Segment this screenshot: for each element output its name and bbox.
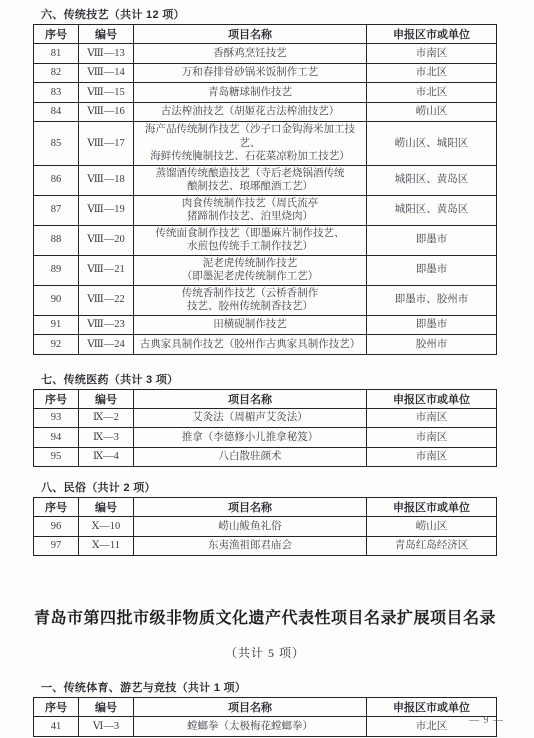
- project-name-cell: 八白散驻颜术: [134, 447, 367, 467]
- code-cell: Ⅷ—24: [79, 335, 134, 355]
- section-heading-medicine: 七、传统医药（共计 3 项）: [33, 374, 497, 386]
- section-traditional-crafts: 六、传统技艺（共计 12 项） 序号编号项目名称申报区市或单位81Ⅷ—13香酥鸡…: [33, 9, 497, 355]
- project-name-cell: 艾灸法（周楣声艾灸法）: [134, 408, 367, 428]
- expansion-list-title: 青岛市第四批市级非物质文化遗产代表性项目名录扩展项目名录: [33, 608, 497, 629]
- serial-cell: 95: [34, 447, 79, 467]
- section-sports-games: 一、传统体育、游艺与竞技（共计 1 项） 序号编号项目名称申报区市或单位41Ⅵ—…: [33, 682, 497, 737]
- serial-cell: 88: [34, 225, 79, 255]
- district-cell: 即墨市: [367, 315, 497, 335]
- serial-cell: 83: [34, 83, 79, 103]
- code-cell: Ⅷ—18: [79, 165, 134, 195]
- serial-cell: 96: [34, 517, 79, 537]
- table-header-row: 序号编号项目名称申报区市或单位: [34, 25, 497, 44]
- code-cell: Ⅷ—23: [79, 315, 134, 335]
- table-row: 95Ⅸ—4八白散驻颜术市南区: [34, 447, 497, 467]
- serial-cell: 92: [34, 335, 79, 355]
- heritage-table-folk: 序号编号项目名称申报区市或单位96Ⅹ—10崂山鲅鱼礼俗崂山区97Ⅹ—11东夷渔祖…: [33, 497, 497, 556]
- project-name-cell: 推拿（李德修小儿推拿秘笈）: [134, 428, 367, 448]
- table-row: 41Ⅵ—3螳螂拳（太极梅花螳螂拳）市北区: [34, 717, 497, 737]
- table-row: 90Ⅷ—22传统香制作技艺（云桥香制作 技艺、胶州传统制香技艺）即墨市、胶州市: [34, 285, 497, 315]
- project-name-cell: 传统香制作技艺（云桥香制作 技艺、胶州传统制香技艺）: [134, 285, 367, 315]
- table-row: 97Ⅹ—11东夷渔祖郎君庙会青岛红岛经济区: [34, 536, 497, 556]
- column-header: 编号: [79, 389, 134, 408]
- table-row: 96Ⅹ—10崂山鲅鱼礼俗崂山区: [34, 517, 497, 537]
- code-cell: Ⅷ—17: [79, 122, 134, 166]
- district-cell: 市南区: [367, 428, 497, 448]
- section-traditional-medicine: 七、传统医药（共计 3 项） 序号编号项目名称申报区市或单位93Ⅸ—2艾灸法（周…: [33, 374, 497, 468]
- serial-cell: 97: [34, 536, 79, 556]
- table-row: 89Ⅷ—21泥老虎传统制作技艺 （即墨泥老虎传统制作工艺）即墨市: [34, 255, 497, 285]
- district-cell: 即墨市、胶州市: [367, 285, 497, 315]
- serial-cell: 94: [34, 428, 79, 448]
- expansion-list-count: （共计 5 项）: [33, 646, 497, 661]
- table-row: 94Ⅸ—3推拿（李德修小儿推拿秘笈）市南区: [34, 428, 497, 448]
- district-cell: 崂山区: [367, 517, 497, 537]
- heritage-table-crafts: 序号编号项目名称申报区市或单位81Ⅷ—13香酥鸡烹饪技艺市南区82Ⅷ—14万和春…: [33, 24, 497, 355]
- serial-cell: 93: [34, 408, 79, 428]
- column-header: 项目名称: [134, 389, 367, 408]
- column-header: 序号: [34, 25, 79, 44]
- code-cell: Ⅷ—14: [79, 63, 134, 83]
- project-name-cell: 传统面食制作技艺（即墨麻片制作技艺、 水煎包传统手工制作技艺）: [134, 225, 367, 255]
- column-header: 申报区市或单位: [367, 389, 497, 408]
- heritage-table-sports: 序号编号项目名称申报区市或单位41Ⅵ—3螳螂拳（太极梅花螳螂拳）市北区: [33, 697, 497, 737]
- district-cell: 市南区: [367, 447, 497, 467]
- table-row: 93Ⅸ—2艾灸法（周楣声艾灸法）市南区: [34, 408, 497, 428]
- project-name-cell: 螳螂拳（太极梅花螳螂拳）: [134, 717, 367, 737]
- table-row: 83Ⅷ—15青岛糖球制作技艺市北区: [34, 83, 497, 103]
- code-cell: Ⅸ—4: [79, 447, 134, 467]
- code-cell: Ⅹ—10: [79, 517, 134, 537]
- serial-cell: 81: [34, 44, 79, 64]
- code-cell: Ⅹ—11: [79, 536, 134, 556]
- document-page: 六、传统技艺（共计 12 项） 序号编号项目名称申报区市或单位81Ⅷ—13香酥鸡…: [0, 0, 534, 738]
- district-cell: 市北区: [367, 83, 497, 103]
- table-row: 91Ⅷ—23田横砚制作技艺即墨市: [34, 315, 497, 335]
- serial-cell: 87: [34, 195, 79, 225]
- serial-cell: 86: [34, 165, 79, 195]
- code-cell: Ⅷ—13: [79, 44, 134, 64]
- column-header: 申报区市或单位: [367, 498, 497, 517]
- code-cell: Ⅷ—20: [79, 225, 134, 255]
- page-number: — 9 —: [469, 715, 504, 726]
- table-row: 85Ⅷ—17海产品传统制作技艺（沙子口金钩海米加工技艺、 海鲜传统腌制技艺、石花…: [34, 122, 497, 166]
- district-cell: 城阳区、黄岛区: [367, 195, 497, 225]
- column-header: 序号: [34, 498, 79, 517]
- heritage-table-medicine: 序号编号项目名称申报区市或单位93Ⅸ—2艾灸法（周楣声艾灸法）市南区94Ⅸ—3推…: [33, 389, 497, 468]
- table-header-row: 序号编号项目名称申报区市或单位: [34, 698, 497, 717]
- section-heading-folk: 八、民俗（共计 2 项）: [33, 482, 497, 494]
- column-header: 编号: [79, 25, 134, 44]
- code-cell: Ⅸ—2: [79, 408, 134, 428]
- column-header: 申报区市或单位: [367, 698, 497, 717]
- district-cell: 胶州市: [367, 335, 497, 355]
- code-cell: Ⅷ—22: [79, 285, 134, 315]
- project-name-cell: 香酥鸡烹饪技艺: [134, 44, 367, 64]
- column-header: 序号: [34, 389, 79, 408]
- table-row: 92Ⅷ—24古典家具制作技艺（胶州作古典家具制作技艺）胶州市: [34, 335, 497, 355]
- code-cell: Ⅷ—16: [79, 102, 134, 122]
- code-cell: Ⅵ—3: [79, 717, 134, 737]
- table-header-row: 序号编号项目名称申报区市或单位: [34, 498, 497, 517]
- serial-cell: 82: [34, 63, 79, 83]
- table-row: 88Ⅷ—20传统面食制作技艺（即墨麻片制作技艺、 水煎包传统手工制作技艺）即墨市: [34, 225, 497, 255]
- project-name-cell: 泥老虎传统制作技艺 （即墨泥老虎传统制作工艺）: [134, 255, 367, 285]
- column-header: 项目名称: [134, 498, 367, 517]
- section-heading-crafts: 六、传统技艺（共计 12 项）: [33, 9, 497, 21]
- district-cell: 青岛红岛经济区: [367, 536, 497, 556]
- serial-cell: 41: [34, 717, 79, 737]
- district-cell: 城阳区、黄岛区: [367, 165, 497, 195]
- project-name-cell: 崂山鲅鱼礼俗: [134, 517, 367, 537]
- project-name-cell: 海产品传统制作技艺（沙子口金钩海米加工技艺、 海鲜传统腌制技艺、石花菜凉粉加工技…: [134, 122, 367, 166]
- project-name-cell: 田横砚制作技艺: [134, 315, 367, 335]
- code-cell: Ⅷ—21: [79, 255, 134, 285]
- district-cell: 崂山区、城阳区: [367, 122, 497, 166]
- table-row: 81Ⅷ—13香酥鸡烹饪技艺市南区: [34, 44, 497, 64]
- project-name-cell: 肉食传统制作技艺（周氏流亭 猪蹄制作技艺、泊里烧肉）: [134, 195, 367, 225]
- district-cell: 市南区: [367, 44, 497, 64]
- serial-cell: 85: [34, 122, 79, 166]
- code-cell: Ⅸ—3: [79, 428, 134, 448]
- district-cell: 市南区: [367, 408, 497, 428]
- serial-cell: 91: [34, 315, 79, 335]
- project-name-cell: 古典家具制作技艺（胶州作古典家具制作技艺）: [134, 335, 367, 355]
- column-header: 序号: [34, 698, 79, 717]
- column-header: 编号: [79, 698, 134, 717]
- project-name-cell: 东夷渔祖郎君庙会: [134, 536, 367, 556]
- section-folk-customs: 八、民俗（共计 2 项） 序号编号项目名称申报区市或单位96Ⅹ—10崂山鲅鱼礼俗…: [33, 482, 497, 556]
- column-header: 项目名称: [134, 698, 367, 717]
- district-cell: 市北区: [367, 63, 497, 83]
- project-name-cell: 青岛糖球制作技艺: [134, 83, 367, 103]
- section-heading-sports: 一、传统体育、游艺与竞技（共计 1 项）: [33, 682, 497, 694]
- code-cell: Ⅷ—19: [79, 195, 134, 225]
- serial-cell: 84: [34, 102, 79, 122]
- project-name-cell: 万和春排骨砂锅米饭制作工艺: [134, 63, 367, 83]
- serial-cell: 90: [34, 285, 79, 315]
- table-row: 86Ⅷ—18蒸馏酒传统酿造技艺（寺后老烧锅酒传统 酿制技艺、琅琊酿酒工艺）城阳区…: [34, 165, 497, 195]
- table-row: 84Ⅷ—16古法榨油技艺（胡姬花古法榨油技艺）崂山区: [34, 102, 497, 122]
- table-header-row: 序号编号项目名称申报区市或单位: [34, 389, 497, 408]
- project-name-cell: 古法榨油技艺（胡姬花古法榨油技艺）: [134, 102, 367, 122]
- district-cell: 即墨市: [367, 255, 497, 285]
- district-cell: 崂山区: [367, 102, 497, 122]
- project-name-cell: 蒸馏酒传统酿造技艺（寺后老烧锅酒传统 酿制技艺、琅琊酿酒工艺）: [134, 165, 367, 195]
- table-row: 82Ⅷ—14万和春排骨砂锅米饭制作工艺市北区: [34, 63, 497, 83]
- column-header: 申报区市或单位: [367, 25, 497, 44]
- district-cell: 即墨市: [367, 225, 497, 255]
- serial-cell: 89: [34, 255, 79, 285]
- column-header: 项目名称: [134, 25, 367, 44]
- code-cell: Ⅷ—15: [79, 83, 134, 103]
- column-header: 编号: [79, 498, 134, 517]
- table-row: 87Ⅷ—19肉食传统制作技艺（周氏流亭 猪蹄制作技艺、泊里烧肉）城阳区、黄岛区: [34, 195, 497, 225]
